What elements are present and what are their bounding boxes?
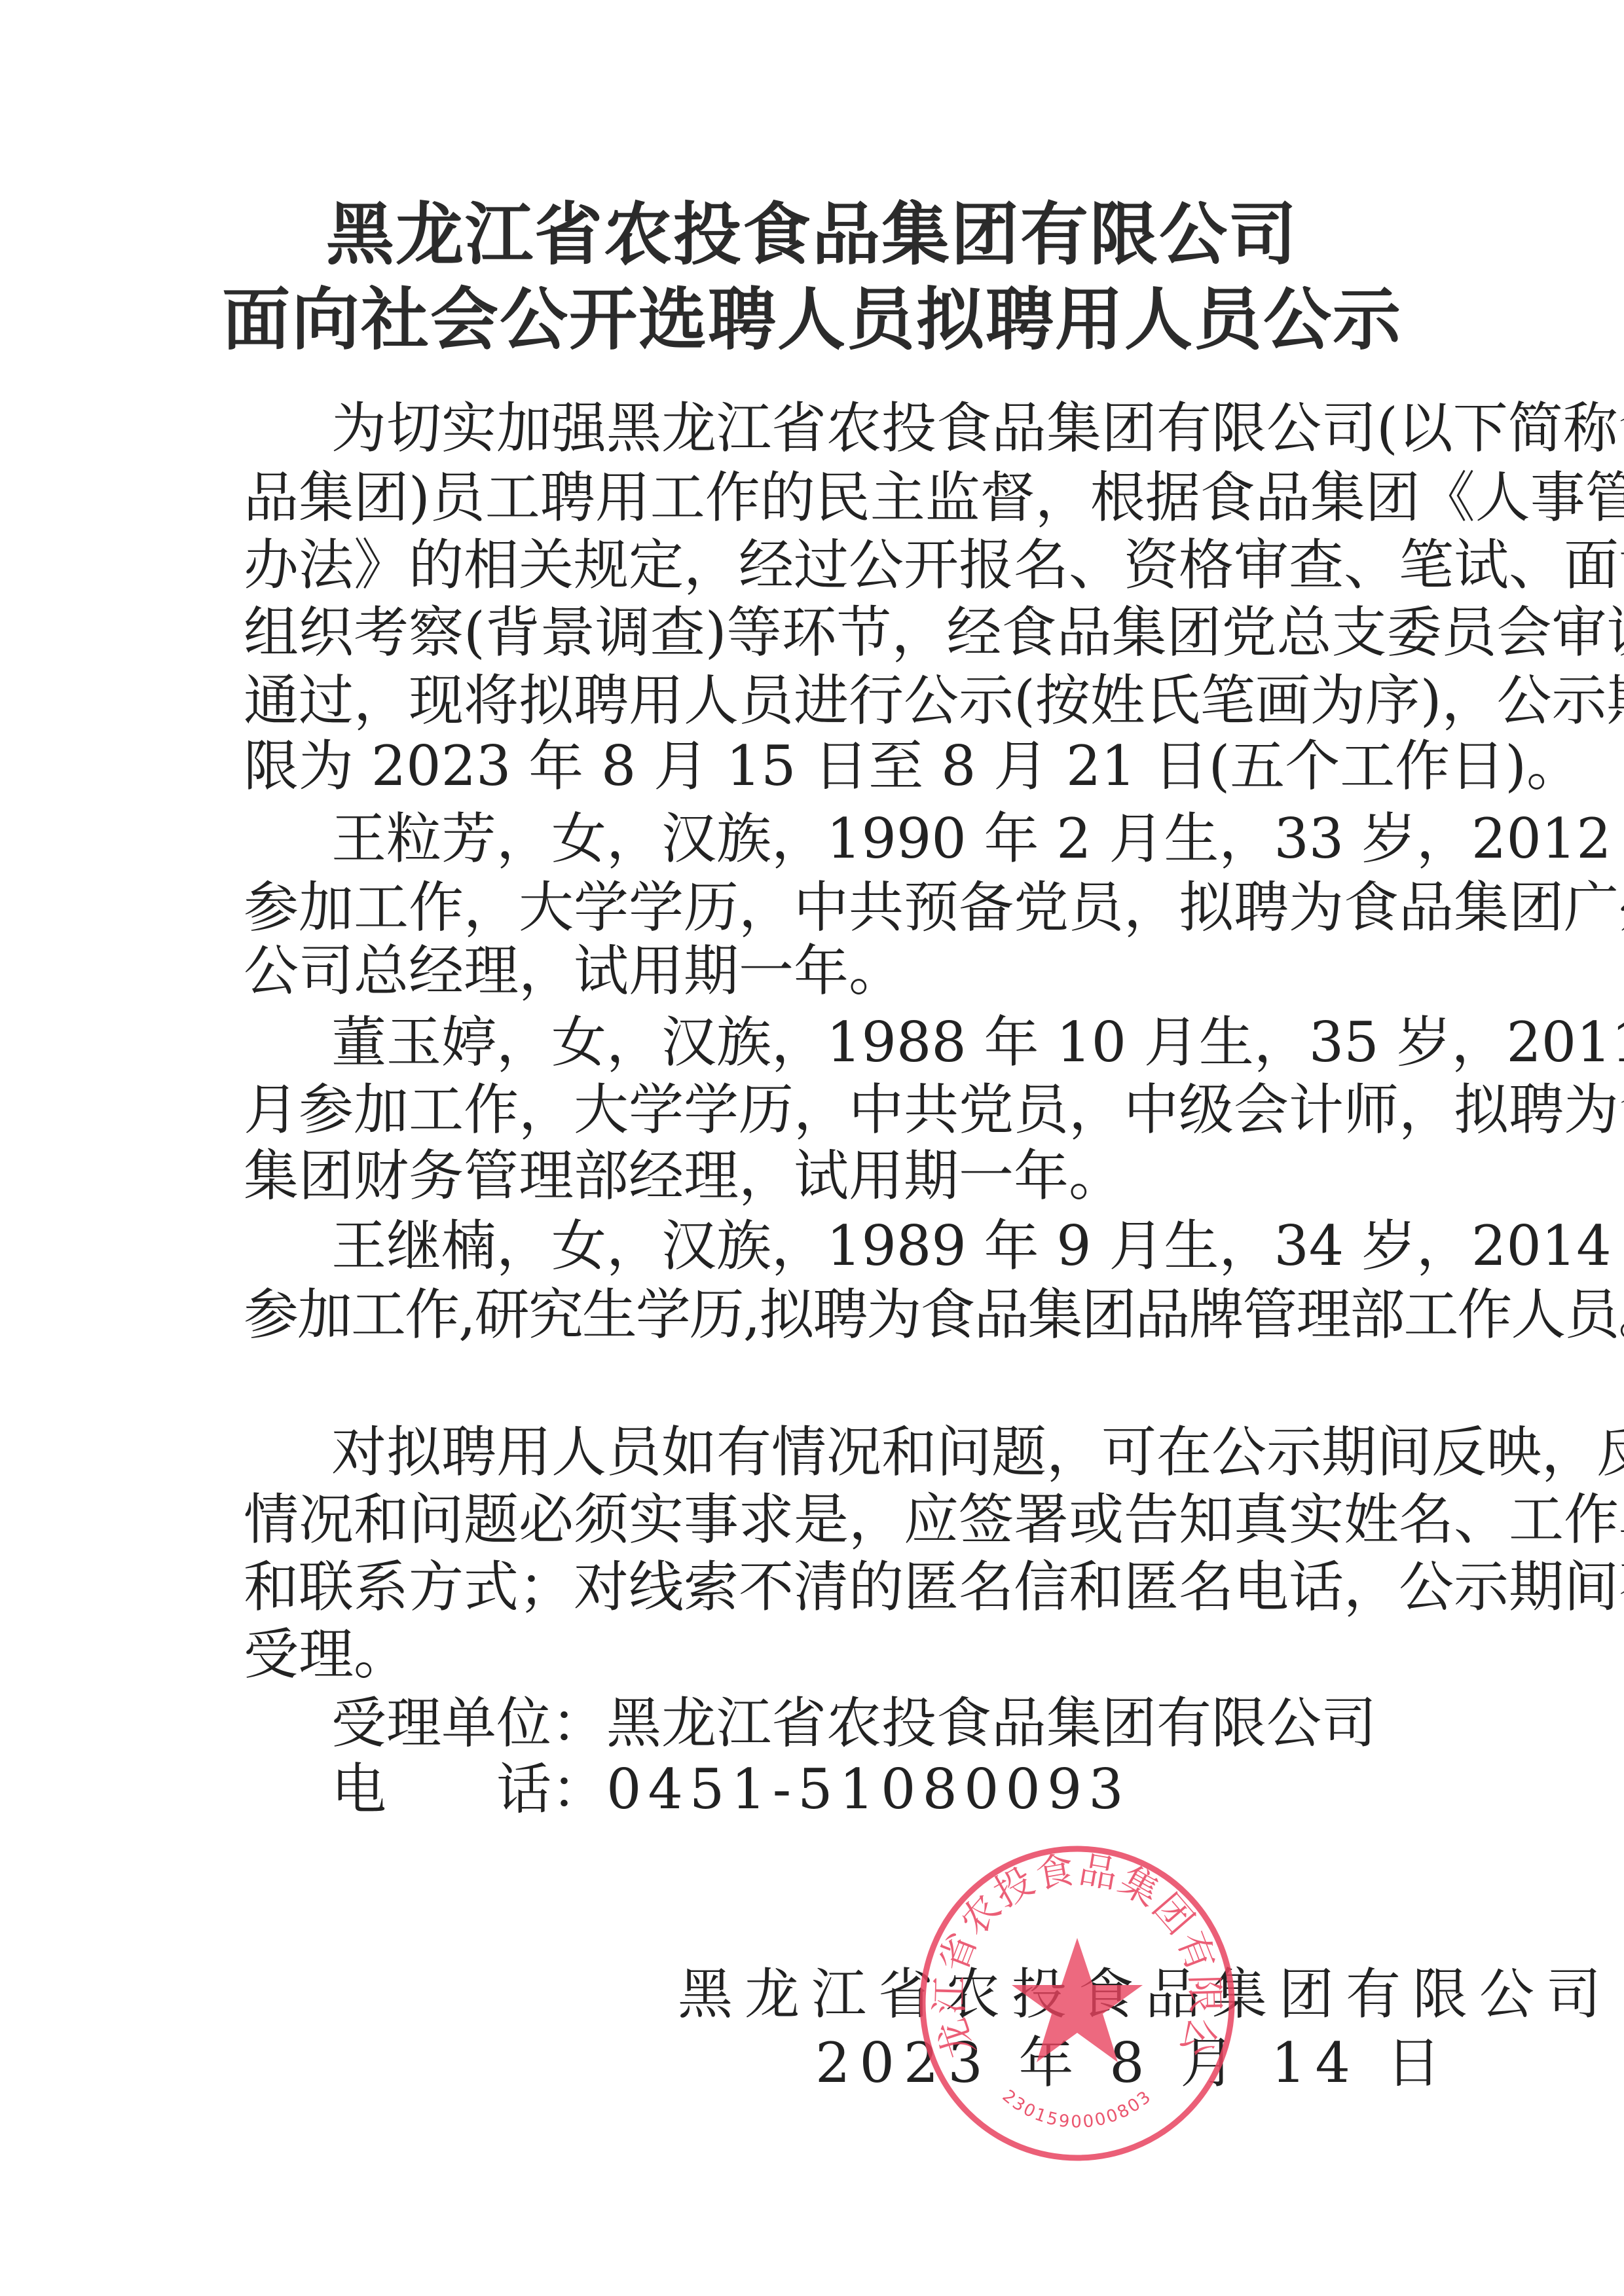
colon: ： <box>551 1691 606 1755</box>
contact-unit-label: 受理单位 <box>331 1690 551 1757</box>
candidate-line: 参加工作，大学学历，中共预备党员，拟聘为食品集团广州分 <box>244 874 1396 941</box>
candidate-line: 王粒芳，女，汉族，1990 年 2 月生，33 岁，2012 年 6 月 <box>331 805 1396 873</box>
intro-line: 品集团)员工聘用工作的民主监督，根据食品集团《人事管理 <box>244 464 1396 532</box>
contact-phone-value: 0451-51080093 <box>606 1757 1130 1821</box>
candidate-line: 集团财务管理部经理，试用期一年。 <box>244 1142 1396 1210</box>
contact-phone: 电话：0451-51080093 <box>331 1756 1130 1823</box>
title-line-2: 面向社会公开选聘人员拟聘用人员公示 <box>0 277 1624 362</box>
candidate-line: 董玉婷，女，汉族，1988 年 10 月生，35 岁，2011 年 7 <box>331 1009 1396 1076</box>
colon: ： <box>551 1757 606 1821</box>
official-seal-icon: 黑龙江省农投食品集团有限公司 2301590000803 <box>913 1840 1241 2167</box>
candidate-line: 参加工作,研究生学历,拟聘为食品集团品牌管理部工作人员。 <box>244 1281 1396 1349</box>
feedback-line: 对拟聘用人员如有情况和问题，可在公示期间反映，反映 <box>331 1419 1396 1486</box>
intro-line: 为切实加强黑龙江省农投食品集团有限公司(以下简称食 <box>331 395 1396 462</box>
feedback-line: 受理。 <box>244 1621 1396 1688</box>
feedback-line: 情况和问题必须实事求是，应签署或告知真实姓名、工作单位 <box>244 1486 1396 1554</box>
contact-unit-value: 黑龙江省农投食品集团有限公司 <box>606 1691 1376 1755</box>
intro-line: 组织考察(背景调查)等环节，经食品集团党总支委员会审议 <box>244 599 1396 666</box>
candidate-line: 公司总经理，试用期一年。 <box>244 938 1396 1005</box>
svg-text:2301590000803: 2301590000803 <box>999 2086 1156 2132</box>
intro-line: 办法》的相关规定，经过公开报名、资格审查、笔试、面试、 <box>244 532 1396 599</box>
intro-line: 通过，现将拟聘用人员进行公示(按姓氏笔画为序)，公示期 <box>244 667 1396 735</box>
feedback-line: 和联系方式；对线索不清的匿名信和匿名电话，公示期间不予 <box>244 1554 1396 1621</box>
contact-phone-label: 电话 <box>331 1756 551 1823</box>
candidate-line: 王继楠，女，汉族，1989 年 9 月生，34 岁，2014 年 6 月 <box>331 1212 1396 1280</box>
candidate-line: 月参加工作，大学学历，中共党员，中级会计师，拟聘为食品 <box>244 1076 1396 1144</box>
intro-line: 限为 2023 年 8 月 15 日至 8 月 21 日(五个工作日)。 <box>244 733 1396 800</box>
title-line-1: 黑龙江省农投食品集团有限公司 <box>0 192 1624 277</box>
contact-unit: 受理单位：黑龙江省农投食品集团有限公司 <box>331 1690 1376 1757</box>
